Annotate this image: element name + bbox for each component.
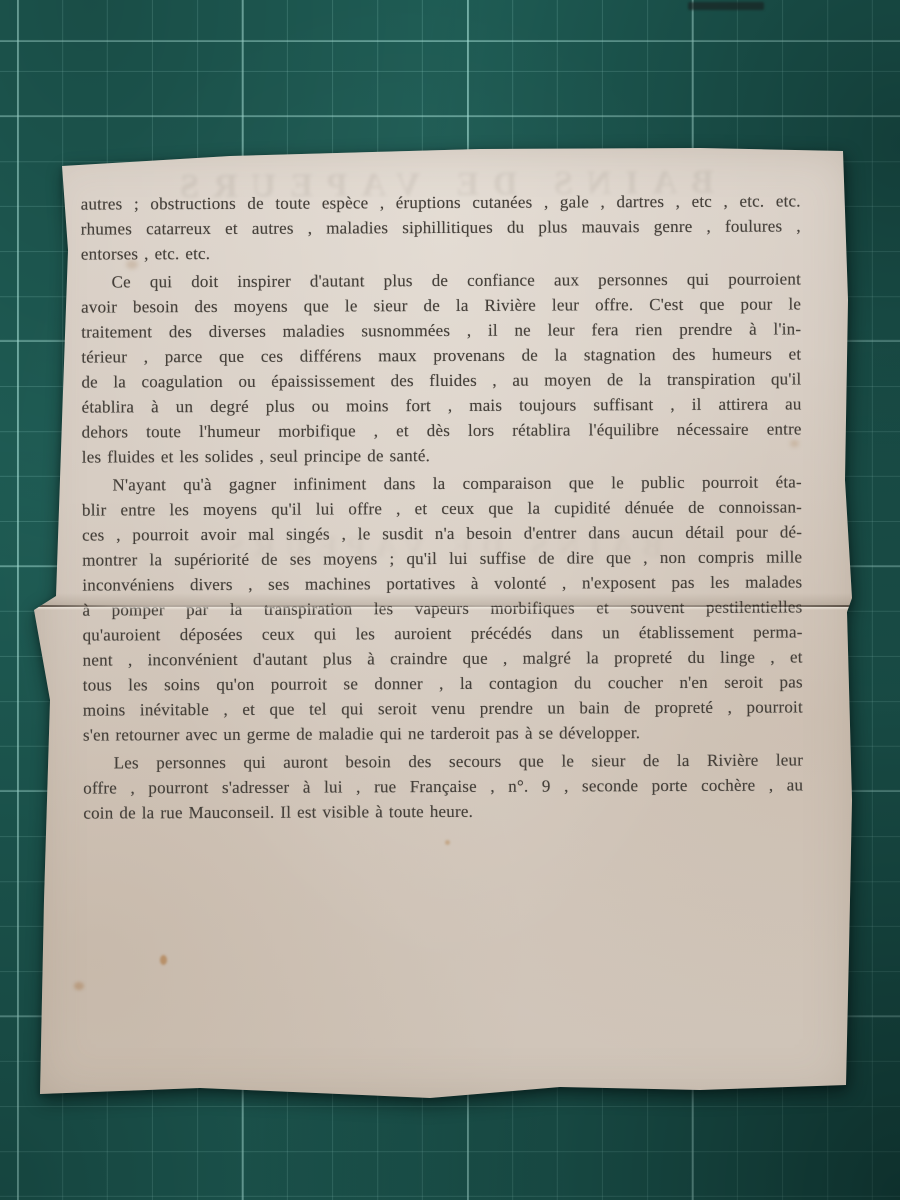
text-line: nent , inconvénient d'autant plus à crai… <box>83 644 803 672</box>
text-line: autres ; obstructions de toute espèce , … <box>81 188 801 216</box>
text-line: rhumes catarreux et autres , maladies si… <box>81 213 801 241</box>
text-line: offre , pourront s'adresser à lui , rue … <box>83 772 803 800</box>
stain <box>74 982 84 990</box>
stain <box>445 840 450 845</box>
text-line: Les personnes qui auront besoin des seco… <box>83 747 803 775</box>
document-text: autres ; obstructions de toute espèce , … <box>81 188 804 828</box>
paragraph: autres ; obstructions de toute espèce , … <box>81 188 801 266</box>
paper-sheet: BAINS DE VAPEURS BAINS DE VAPEURS autres… <box>30 140 860 1105</box>
text-line: les fluides et les solides , seul princi… <box>82 441 802 469</box>
paragraph: N'ayant qu'à gagner infiniment dans la c… <box>82 469 803 747</box>
text-line: térieur , parce que ces différens maux p… <box>81 341 801 369</box>
text-line: Ce qui doit inspirer d'autant plus de co… <box>81 266 801 294</box>
paragraph: Les personnes qui auront besoin des seco… <box>83 747 803 825</box>
text-line: à pomper par la transpiration les vapeur… <box>82 594 802 622</box>
text-line: blir entre les moyens qu'il lui offre , … <box>82 494 802 522</box>
text-line: inconvéniens divers , ses machines porta… <box>82 569 802 597</box>
text-line: montrer la supériorité de ses moyens ; q… <box>82 544 802 572</box>
text-line: N'ayant qu'à gagner infiniment dans la c… <box>82 469 802 497</box>
text-line: entorses , etc. etc. <box>81 238 801 266</box>
text-line: s'en retourner avec un germe de maladie … <box>83 719 803 747</box>
text-line: dehors toute l'humeur morbifique , et dè… <box>82 416 802 444</box>
text-line: tous les soins qu'on pourroit se donner … <box>83 669 803 697</box>
text-line: coin de la rue Mauconseil. Il est visibl… <box>83 797 803 825</box>
text-line: avoir besoin des moyens que le sieur de … <box>81 291 801 319</box>
text-line: qu'auroient déposées ceux qui les auroie… <box>82 619 802 647</box>
text-line: établira à un degré plus ou moins fort ,… <box>81 391 801 419</box>
mat-brand-marking <box>688 2 764 10</box>
text-line: traitement des diverses maladies susnomm… <box>81 316 801 344</box>
stain <box>160 955 167 965</box>
paragraph: Ce qui doit inspirer d'autant plus de co… <box>81 266 802 469</box>
text-line: ces , pourroit avoir mal singés , le sus… <box>82 519 802 547</box>
text-line: moins inévitable , et que tel qui seroit… <box>83 694 803 722</box>
text-line: de la coagulation ou épaississement des … <box>81 366 801 394</box>
paper-shadow: BAINS DE VAPEURS BAINS DE VAPEURS autres… <box>30 140 860 1105</box>
